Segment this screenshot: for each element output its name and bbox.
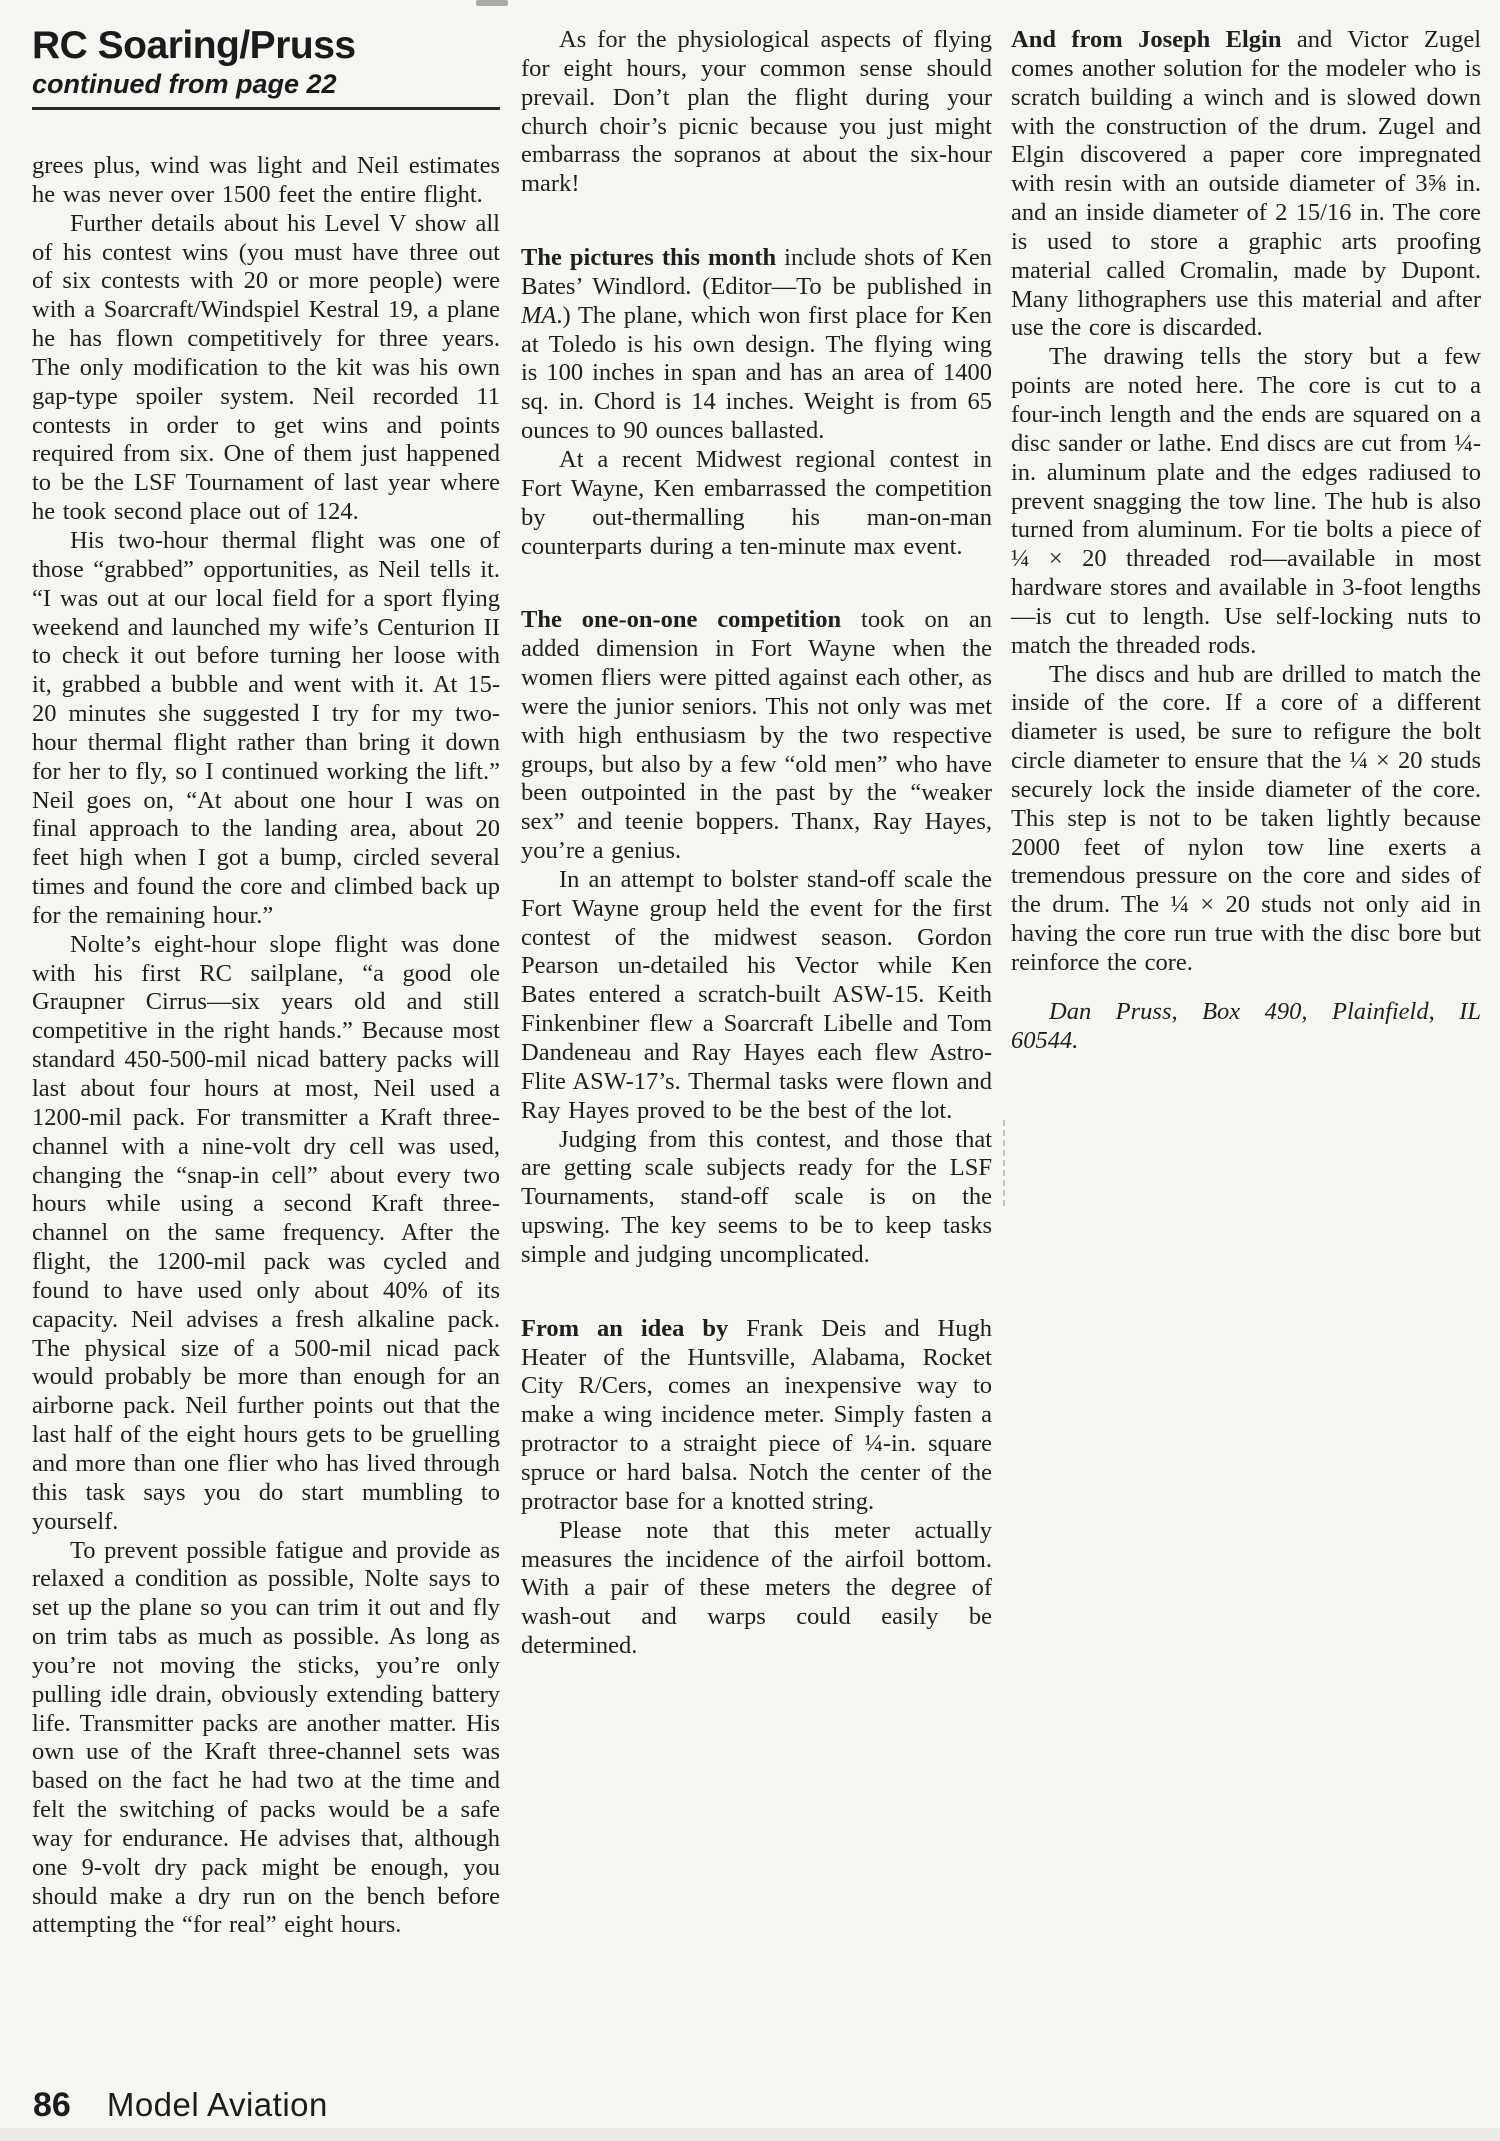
header-rule (32, 107, 500, 110)
text-run: The discs and hub are drilled to match t… (1011, 661, 1481, 976)
magazine-title: Model Aviation (107, 2086, 328, 2123)
text-run: From an idea by (521, 1315, 728, 1342)
paragraph: The drawing tells the story but a few po… (1011, 343, 1481, 660)
paragraph: At a recent Midwest regional contest in … (521, 446, 992, 561)
bottom-scan-edge (0, 2128, 1500, 2141)
column-2-text: As for the physiological aspects of flyi… (521, 26, 992, 1661)
text-run: .) The plane, which won first place for … (521, 302, 992, 444)
paragraph: The one-on-one competition took on an ad… (521, 606, 992, 866)
text-run: As for the physiological aspects of flyi… (521, 26, 992, 197)
text-run: Dan Pruss, Box 490, Plainfield, IL 60544… (1011, 998, 1481, 1054)
column-2: As for the physiological aspects of flyi… (521, 26, 992, 1661)
paragraph: Further details about his Level V show a… (32, 210, 500, 527)
column-1-text: grees plus, wind was light and Neil esti… (32, 152, 500, 1940)
scan-speck (476, 0, 508, 6)
paragraph: In an attempt to bolster stand-off scale… (521, 866, 992, 1126)
paragraph: Nolte’s eight-hour slope flight was done… (32, 931, 500, 1537)
scan-artifact-line (1003, 1120, 1005, 1206)
text-run: The one-on-one competition (521, 606, 841, 633)
column-3-text: And from Joseph Elgin and Victor Zugel c… (1011, 26, 1481, 1056)
text-run: At a recent Midwest regional contest in … (521, 446, 992, 560)
text-run: To prevent possible fatigue and provide … (32, 1537, 500, 1939)
text-run: Please note that this meter actually mea… (521, 1517, 992, 1659)
paragraph: His two-hour thermal flight was one of t… (32, 527, 500, 931)
magazine-page: RC Soaring/Pruss continued from page 22 … (0, 0, 1500, 2141)
text-run: Further details about his Level V show a… (32, 210, 500, 525)
article-header: RC Soaring/Pruss continued from page 22 (32, 24, 500, 110)
text-run: Judging from this contest, and those tha… (521, 1126, 992, 1268)
paragraph: The pictures this month include shots of… (521, 244, 992, 446)
column-3: And from Joseph Elgin and Victor Zugel c… (1011, 26, 1481, 1056)
paragraph: The discs and hub are drilled to match t… (1011, 661, 1481, 978)
paragraph: And from Joseph Elgin and Victor Zugel c… (1011, 26, 1481, 343)
text-run: grees plus, wind was light and Neil esti… (32, 152, 500, 208)
article-title: RC Soaring/Pruss (32, 24, 500, 68)
page-footer: 86Model Aviation (33, 2086, 328, 2125)
paragraph: To prevent possible fatigue and provide … (32, 1537, 500, 1941)
text-run: Nolte’s eight-hour slope flight was done… (32, 931, 500, 1535)
continued-from-note: continued from page 22 (32, 68, 500, 100)
paragraph: Dan Pruss, Box 490, Plainfield, IL 60544… (1011, 998, 1481, 1056)
text-run: MA (521, 302, 556, 329)
paragraph: Judging from this contest, and those tha… (521, 1126, 992, 1270)
paragraph: As for the physiological aspects of flyi… (521, 26, 992, 199)
text-run: Frank Deis and Hugh Heater of the Huntsv… (521, 1315, 992, 1515)
text-run: And from Joseph Elgin (1011, 26, 1282, 53)
column-1: RC Soaring/Pruss continued from page 22 … (32, 24, 500, 1940)
paragraph: Please note that this meter actually mea… (521, 1517, 992, 1661)
text-run: His two-hour thermal flight was one of t… (32, 527, 500, 929)
paragraph: From an idea by Frank Deis and Hugh Heat… (521, 1315, 992, 1517)
text-run: took on an added dimension in Fort Wayne… (521, 606, 992, 864)
text-run: The drawing tells the story but a few po… (1011, 343, 1481, 658)
text-run: The pictures this month (521, 244, 776, 271)
text-run: In an attempt to bolster stand-off scale… (521, 866, 992, 1124)
paragraph: grees plus, wind was light and Neil esti… (32, 152, 500, 210)
page-number: 86 (33, 2086, 71, 2124)
text-run: and Victor Zugel comes another solution … (1011, 26, 1481, 341)
